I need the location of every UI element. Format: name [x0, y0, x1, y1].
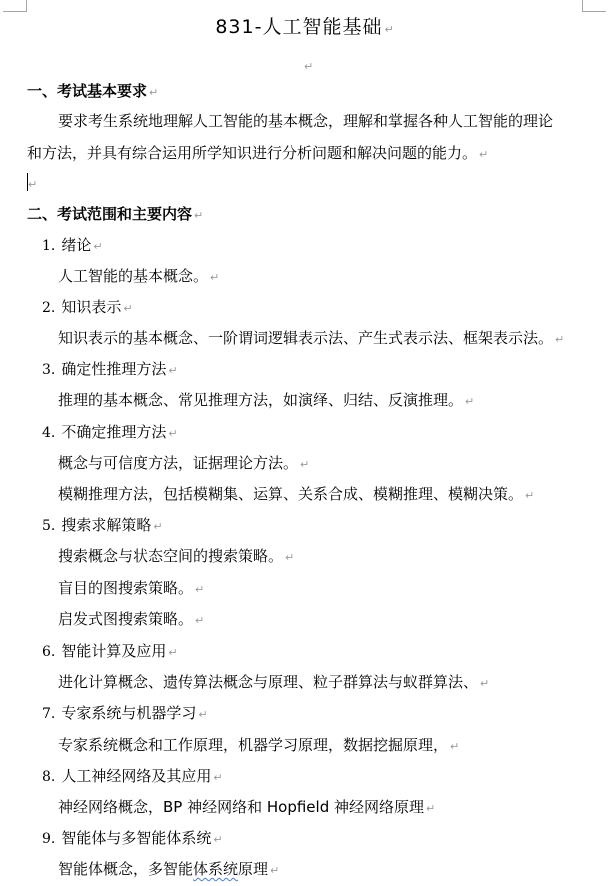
- paragraph-mark-icon: ↵: [28, 178, 37, 191]
- paragraph-mark-icon: ↵: [195, 583, 204, 596]
- list-item-title-text: 绪论: [61, 236, 91, 254]
- list-item-title[interactable]: 4.不确定推理方法↵: [42, 422, 178, 444]
- paragraph-mark-icon: ↵: [93, 240, 102, 253]
- paragraph-mark-icon: ↵: [270, 864, 279, 877]
- list-item-title[interactable]: 6.智能计算及应用↵: [42, 641, 178, 663]
- list-item-detail[interactable]: 启发式图搜索策略。↵: [58, 609, 204, 631]
- body-paragraph-line[interactable]: 要求考生系统地理解人工智能的基本概念，理解和掌握各种人工智能的理论: [58, 111, 553, 131]
- detail-text: 人工智能的基本概念。: [58, 267, 208, 285]
- list-number: 1.: [42, 236, 55, 256]
- paragraph-mark-icon: ↵: [285, 551, 294, 564]
- page-corner-mark-top-right: [582, 0, 606, 12]
- detail-text: 专家系统概念和工作原理，机器学习原理，数据挖掘原理，: [58, 736, 448, 754]
- body-paragraph-line[interactable]: 和方法，并具有综合运用所学知识进行分析问题和解决问题的能力。↵: [27, 143, 488, 165]
- section-heading-2[interactable]: 二、考试范围和主要内容↵: [27, 204, 203, 226]
- paragraph-mark-icon: ↵: [168, 364, 177, 377]
- detail-text: 推理的基本概念、常见推理方法，如演绎、归结、反演推理。: [58, 391, 463, 409]
- list-item-title-text: 智能体与多智能体系统: [61, 829, 211, 847]
- list-item-detail[interactable]: 神经网络概念，BP 神经网络和 Hopfield 神经网络原理↵: [58, 797, 435, 819]
- list-item-title-text: 搜索求解策略: [61, 516, 151, 534]
- section-heading-text: 二、考试范围和主要内容: [27, 205, 192, 223]
- paragraph-mark-icon: ↵: [426, 802, 435, 815]
- detail-text: 盲目的图搜索策略。: [58, 579, 193, 597]
- detail-text: 模糊推理方法，包括模糊集、运算、关系合成、模糊推理、模糊决策。: [58, 485, 523, 503]
- list-item-title[interactable]: 7.专家系统与机器学习↵: [42, 703, 208, 725]
- list-item-title-text: 专家系统与机器学习: [61, 704, 196, 722]
- detail-text: 概念与可信度方法，证据理论方法。: [58, 454, 298, 472]
- page-corner-mark-top-left: [3, 0, 27, 12]
- paragraph-mark-icon: ↵: [210, 271, 219, 284]
- paragraph-mark-icon: ↵: [195, 614, 204, 627]
- section-heading-1[interactable]: 一、考试基本要求↵: [27, 81, 158, 103]
- paragraph-mark-icon: ↵: [194, 209, 203, 222]
- paragraph-mark-icon: ↵: [198, 708, 207, 721]
- body-text: 和方法，并具有综合运用所学知识进行分析问题和解决问题的能力。: [27, 144, 477, 162]
- paragraph-mark-icon: ↵: [300, 458, 309, 471]
- detail-text: 智能体概念，多智能: [58, 860, 193, 878]
- empty-paragraph[interactable]: ↵: [26, 173, 37, 195]
- detail-text: 原理: [238, 860, 268, 878]
- paragraph-mark-icon: ↵: [153, 520, 162, 533]
- paragraph-mark-icon: ↵: [465, 395, 474, 408]
- list-item-title[interactable]: 3.确定性推理方法↵: [42, 359, 178, 381]
- list-number: 3.: [42, 360, 55, 380]
- detail-text: 知识表示的基本概念、一阶谓词逻辑表示法、产生式表示法、框架表示法。: [58, 329, 553, 347]
- list-item-title[interactable]: 5.搜索求解策略↵: [42, 515, 163, 537]
- list-item-title-text: 确定性推理方法: [61, 360, 166, 378]
- list-number: 5.: [42, 516, 55, 536]
- paragraph-mark-icon: ↵: [213, 833, 222, 846]
- paragraph-mark-icon: ↵: [149, 86, 158, 99]
- paragraph-mark-icon: ↵: [480, 677, 489, 690]
- list-item-title-text: 不确定推理方法: [61, 423, 166, 441]
- body-text: 要求考生系统地理解人工智能的基本概念，理解和掌握各种人工智能的理论: [58, 112, 553, 130]
- list-item-detail[interactable]: 专家系统概念和工作原理，机器学习原理，数据挖掘原理，↵: [58, 735, 459, 757]
- list-number: 4.: [42, 423, 55, 443]
- list-item-detail[interactable]: 模糊推理方法，包括模糊集、运算、关系合成、模糊推理、模糊决策。↵: [58, 484, 534, 506]
- spellcheck-underlined-text[interactable]: 体系统: [193, 860, 238, 878]
- list-number: 9.: [42, 829, 55, 849]
- list-item-detail[interactable]: 概念与可信度方法，证据理论方法。↵: [58, 453, 309, 475]
- list-item-detail[interactable]: 推理的基本概念、常见推理方法，如演绎、归结、反演推理。↵: [58, 390, 474, 412]
- list-item-title-text: 智能计算及应用: [61, 642, 166, 660]
- detail-text: 进化计算概念、遗传算法概念与原理、粒子群算法与蚁群算法、: [58, 673, 478, 691]
- list-item-title-text: 知识表示: [61, 298, 121, 316]
- list-number: 2.: [42, 298, 55, 318]
- list-number: 8.: [42, 767, 55, 787]
- paragraph-mark-icon: ↵: [168, 427, 177, 440]
- list-item-title[interactable]: 9.智能体与多智能体系统↵: [42, 828, 223, 850]
- document-title-line[interactable]: 831-人工智能基础↵: [0, 15, 610, 42]
- list-item-title[interactable]: 1.绪论↵: [42, 235, 103, 257]
- paragraph-mark-icon: ↵: [450, 740, 459, 753]
- list-item-detail[interactable]: 进化计算概念、遗传算法概念与原理、粒子群算法与蚁群算法、↵: [58, 672, 489, 694]
- paragraph-mark-icon: ↵: [525, 489, 534, 502]
- detail-text: 搜索概念与状态空间的搜索策略。: [58, 547, 283, 565]
- list-item-detail[interactable]: 搜索概念与状态空间的搜索策略。↵: [58, 546, 294, 568]
- paragraph-mark-icon: ↵: [213, 771, 222, 784]
- empty-paragraph[interactable]: ↵: [302, 55, 313, 77]
- document-title: 831-人工智能基础: [215, 16, 382, 38]
- paragraph-mark-icon: ↵: [479, 148, 488, 161]
- paragraph-mark-icon: ↵: [555, 333, 564, 346]
- list-item-detail[interactable]: 知识表示的基本概念、一阶谓词逻辑表示法、产生式表示法、框架表示法。↵: [58, 328, 564, 350]
- paragraph-mark-icon: ↵: [168, 646, 177, 659]
- detail-text: 神经网络概念，BP 神经网络和 Hopfield 神经网络原理: [58, 798, 424, 816]
- list-item-detail[interactable]: 人工智能的基本概念。↵: [58, 266, 219, 288]
- section-heading-text: 一、考试基本要求: [27, 82, 147, 100]
- list-item-title[interactable]: 8.人工神经网络及其应用↵: [42, 766, 223, 788]
- list-item-title[interactable]: 2.知识表示↵: [42, 297, 133, 319]
- list-item-title-text: 人工神经网络及其应用: [61, 767, 211, 785]
- paragraph-mark-icon: ↵: [384, 23, 394, 36]
- paragraph-mark-icon: ↵: [304, 60, 313, 73]
- detail-text: 启发式图搜索策略。: [58, 610, 193, 628]
- list-item-detail[interactable]: 智能体概念，多智能体系统原理↵: [58, 859, 279, 881]
- list-item-detail[interactable]: 盲目的图搜索策略。↵: [58, 578, 204, 600]
- paragraph-mark-icon: ↵: [123, 302, 132, 315]
- list-number: 7.: [42, 704, 55, 724]
- list-number: 6.: [42, 642, 55, 662]
